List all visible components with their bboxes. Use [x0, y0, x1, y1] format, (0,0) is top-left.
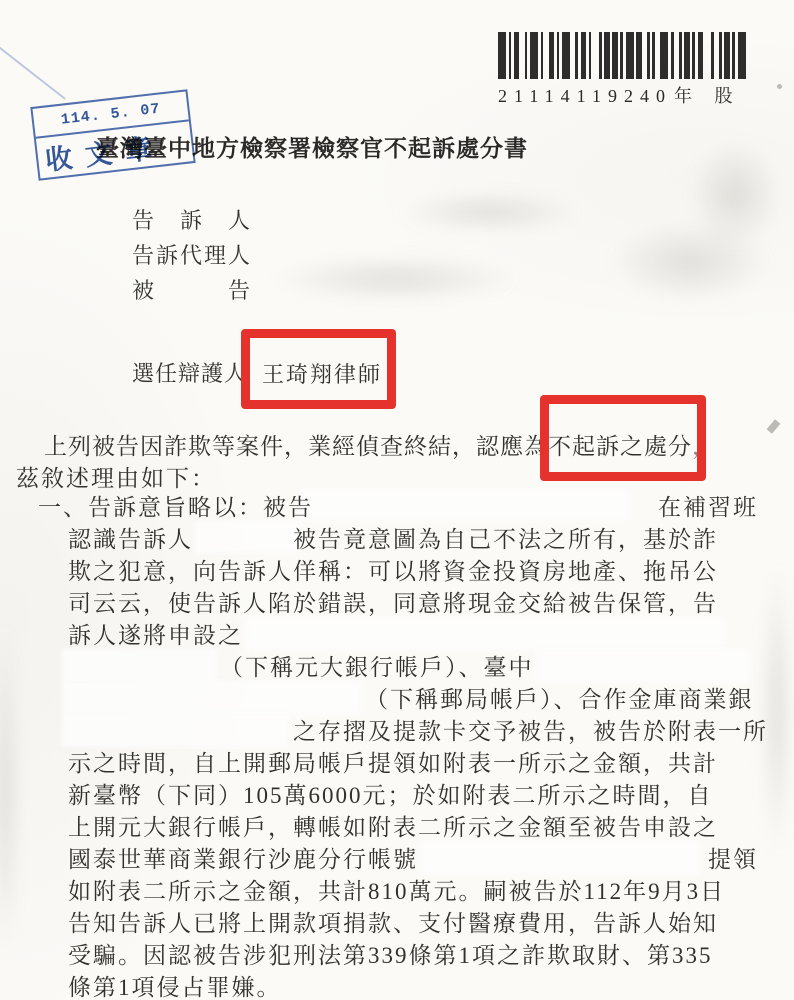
party-agent: 告訴代理人 [132, 239, 252, 270]
body-line: 認識告訴人 被告竟意圖為自己不法之所有，基於詐 [38, 524, 760, 556]
body-line: 一、告訴意旨略以：被告在補習班 [38, 492, 760, 524]
line-tail: 在補習班 [658, 492, 758, 524]
body-line: 條第1項侵占罪嫌。 [38, 972, 760, 1000]
body-line: 新臺幣（下同）105萬6000元；於如附表二所示之時間，自 [38, 780, 760, 812]
intro-line2: 茲敘述理由如下： [16, 460, 216, 493]
scan-fold-line [0, 46, 66, 99]
body-line: 訴人遂將申設之 [38, 620, 760, 652]
document-page: 21114119240年 股 114. 5. 07 收文章 臺灣臺中地方檢察署檢… [0, 0, 794, 1000]
scan-smudge [400, 192, 580, 232]
scan-smudge [0, 620, 20, 960]
scan-smudge [760, 560, 794, 860]
highlight-box-disposition [540, 395, 706, 481]
body-line: （下稱元大銀行帳戶）、臺中 [38, 652, 760, 684]
scan-smudge [690, 140, 780, 250]
body-line: 受騙。因認被告涉犯刑法第339條第1項之詐欺取財、第335 [38, 940, 760, 972]
scan-speck [767, 419, 781, 433]
scan-smudge [270, 255, 520, 303]
barcode-number: 21114119240年 股 [498, 82, 750, 108]
body-line: 告知告訴人已將上開款項捐款、支付醫療費用，告訴人始知 [38, 908, 760, 940]
intro-pre: 上列被告因詐欺等案件，業經偵查終結，認應為 [44, 434, 548, 459]
party-defendant: 被 告 [132, 274, 252, 305]
defender-label: 選任辯護人 [132, 357, 247, 388]
highlight-box-defender [241, 329, 396, 409]
body-line: 之存摺及提款卡交予被告，被告於附表一所 [38, 716, 760, 748]
received-stamp: 114. 5. 07 收文章 [30, 89, 195, 180]
body-section: 一、告訴意旨略以：被告在補習班 認識告訴人 被告竟意圖為自己不法之所有，基於詐 … [38, 492, 760, 1000]
body-line: 如附表二所示之金額，共計810萬元。嗣被告於112年9月3日 [38, 876, 760, 908]
body-line: 欺之犯意，向告訴人佯稱：可以將資金投資房地產、拖吊公 [38, 556, 760, 588]
body-line: 司云云，使告訴人陷於錯誤，同意將現金交給被告保管，告 [38, 588, 760, 620]
body-line: （下稱郵局帳戶）、合作金庫商業銀 [38, 684, 760, 716]
barcode-bars [498, 32, 746, 79]
body-line: 示之時間，自上開郵局帳戶提領如附表一所示之金額，共計 [38, 748, 760, 780]
barcode-suffix: 年 股 [674, 86, 742, 106]
line-text: 一、告訴意旨略以：被告 [38, 495, 313, 520]
body-line: 上開元大銀行帳戶，轉帳如附表二所示之金額至被告申設之 [38, 812, 760, 844]
party-complainant: 告 訴 人 [132, 204, 252, 235]
line-text: 國泰世華商業銀行沙鹿分行帳號 [68, 847, 418, 872]
body-line: 國泰世華商業銀行沙鹿分行帳號提領 [38, 844, 760, 876]
line-tail: 提領 [708, 844, 758, 876]
barcode-digits: 21114119240 [498, 86, 672, 106]
scan-speck [777, 84, 782, 89]
barcode: 21114119240年 股 [498, 32, 750, 108]
